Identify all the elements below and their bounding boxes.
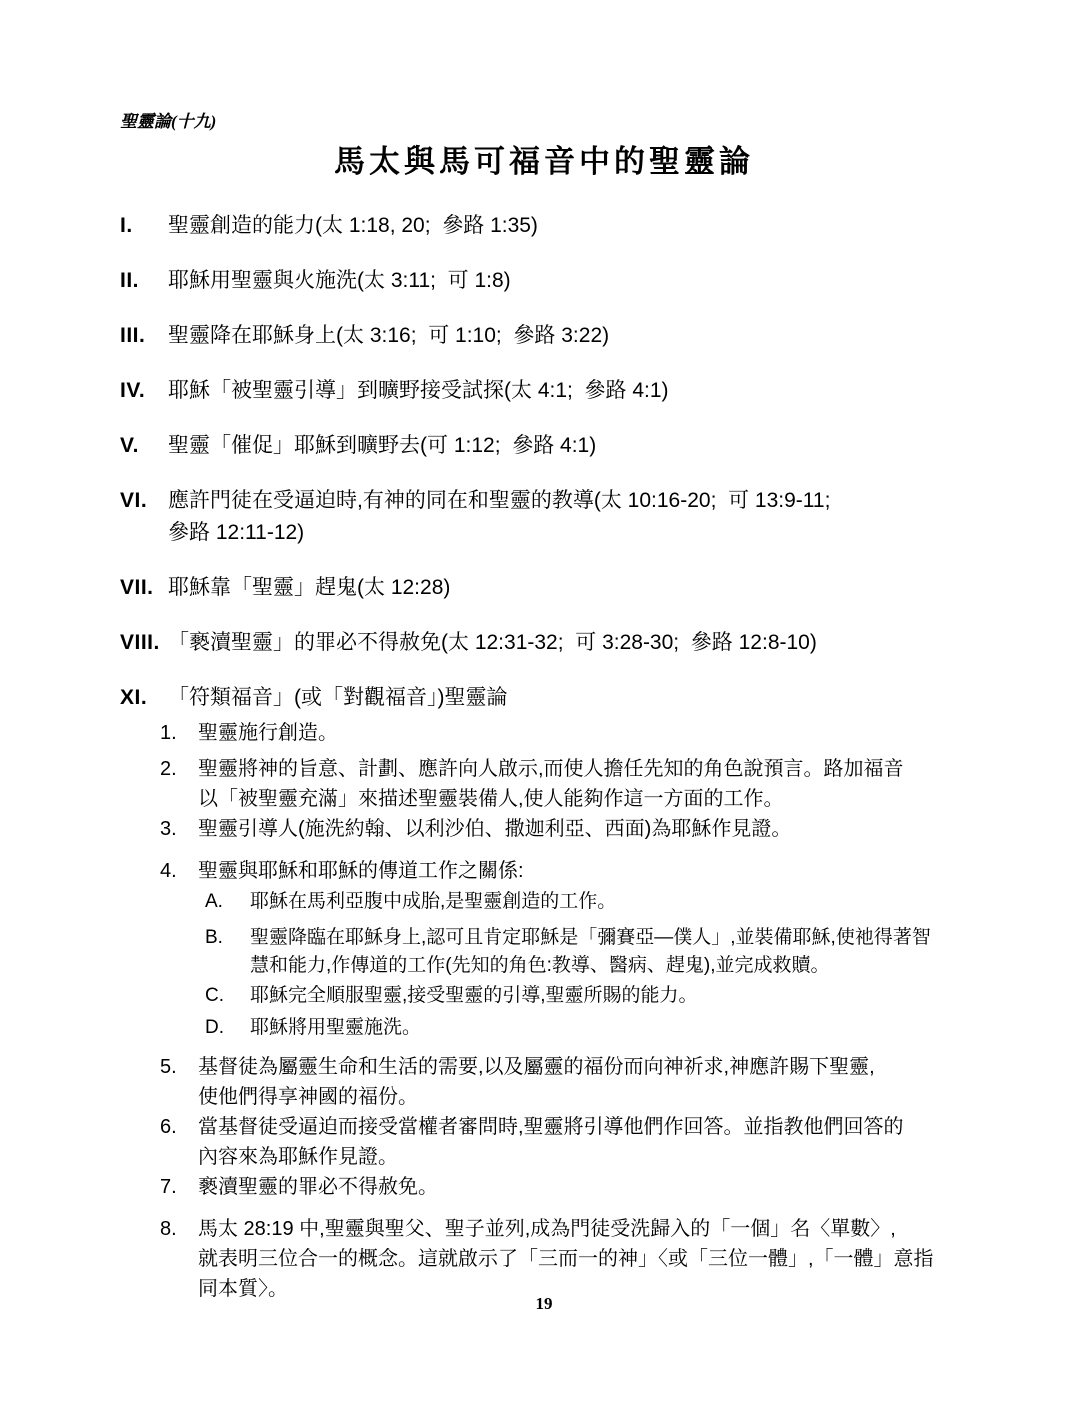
- outline-numeral: II.: [120, 265, 168, 297]
- item-number: 8.: [160, 1214, 198, 1304]
- outline-item: V. 聖靈「催促」耶穌到曠野去(可 1:12; 參路 4:1): [120, 430, 968, 462]
- outline-text: 耶穌「被聖靈引導」到曠野接受試探(太 4:1; 參路 4:1): [168, 375, 968, 407]
- letter-text: 聖靈降臨在耶穌身上,認可且肯定耶穌是「彌賽亞—僕人」,並裝備耶穌,使祂得著智 慧…: [250, 924, 1088, 980]
- letter-label: C.: [205, 982, 250, 1010]
- item-text: 馬太 28:19 中,聖靈與聖父、聖子並列,成為門徒受洗歸入的「一個」名〈單數〉…: [198, 1214, 968, 1304]
- letter-label: D.: [205, 1014, 250, 1042]
- outline-numeral: V.: [120, 430, 168, 462]
- list-item: 4. 聖靈與耶穌和耶穌的傳道工作之關係:: [160, 856, 968, 886]
- outline-item: III. 聖靈降在耶穌身上(太 3:16; 可 1:10; 參路 3:22): [120, 320, 968, 352]
- outline-item: II. 耶穌用聖靈與火施洗(太 3:11; 可 1:8): [120, 265, 968, 297]
- item-text: 聖靈施行創造。: [198, 718, 968, 748]
- letter-item: B. 聖靈降臨在耶穌身上,認可且肯定耶穌是「彌賽亞—僕人」,並裝備耶穌,使祂得著…: [205, 924, 1088, 980]
- page-content: 聖靈論(十九) 馬太與馬可福音中的聖靈論 I. 聖靈創造的能力(太 1:18, …: [0, 0, 1088, 1304]
- item-number: 4.: [160, 856, 198, 886]
- outline-text: 聖靈創造的能力(太 1:18, 20; 參路 1:35): [168, 210, 968, 242]
- page-title: 馬太與馬可福音中的聖靈論: [120, 142, 968, 182]
- item-number: 5.: [160, 1052, 198, 1112]
- outline-item: VII. 耶穌靠「聖靈」趕鬼(太 12:28): [120, 572, 968, 604]
- letter-item: D. 耶穌將用聖靈施洗。: [205, 1014, 1088, 1042]
- item-number: 3.: [160, 814, 198, 844]
- outline-text: 「符類福音」(或「對觀福音」)聖靈論: [168, 682, 968, 714]
- letter-item: C. 耶穌完全順服聖靈,接受聖靈的引導,聖靈所賜的能力。: [205, 982, 1088, 1010]
- outline-text: 應許門徒在受逼迫時,有神的同在和聖靈的教導(太 10:16-20; 可 13:9…: [168, 485, 968, 549]
- list-item: 5. 基督徒為屬靈生命和生活的需要,以及屬靈的福份而向神祈求,神應許賜下聖靈, …: [160, 1052, 968, 1112]
- outline-numeral: VII.: [120, 572, 168, 604]
- letter-item: A. 耶穌在馬利亞腹中成胎,是聖靈創造的工作。: [205, 888, 1088, 916]
- outline-text: 耶穌用聖靈與火施洗(太 3:11; 可 1:8): [168, 265, 968, 297]
- outline-numeral: III.: [120, 320, 168, 352]
- item-text: 褻瀆聖靈的罪必不得赦免。: [198, 1172, 968, 1202]
- list-item: 1. 聖靈施行創造。: [160, 718, 968, 748]
- outline-numeral: XI.: [120, 682, 168, 714]
- outline-item: IV. 耶穌「被聖靈引導」到曠野接受試探(太 4:1; 參路 4:1): [120, 375, 968, 407]
- item-text: 聖靈引導人(施洗約翰、以利沙伯、撒迦利亞、西面)為耶穌作見證。: [198, 814, 968, 844]
- outline-numeral: VI.: [120, 485, 168, 549]
- outline-text: 聖靈「催促」耶穌到曠野去(可 1:12; 參路 4:1): [168, 430, 968, 462]
- item-text: 基督徒為屬靈生命和生活的需要,以及屬靈的福份而向神祈求,神應許賜下聖靈, 使他們…: [198, 1052, 968, 1112]
- outline-item: XI. 「符類福音」(或「對觀福音」)聖靈論: [120, 682, 968, 714]
- outline-text: 耶穌靠「聖靈」趕鬼(太 12:28): [168, 572, 968, 604]
- letter-label: A.: [205, 888, 250, 916]
- item-number: 2.: [160, 754, 198, 814]
- item-text: 當基督徒受逼迫而接受當權者審問時,聖靈將引導他們作回答。並指教他們回答的 內容來…: [198, 1112, 968, 1172]
- document-page: 聖靈論(十九) 馬太與馬可福音中的聖靈論 I. 聖靈創造的能力(太 1:18, …: [0, 0, 1088, 1408]
- outline-text: 「褻瀆聖靈」的罪必不得赦免(太 12:31-32; 可 3:28-30; 參路 …: [168, 627, 968, 659]
- letter-text: 耶穌完全順服聖靈,接受聖靈的引導,聖靈所賜的能力。: [250, 982, 1088, 1010]
- item-number: 7.: [160, 1172, 198, 1202]
- list-item: 3. 聖靈引導人(施洗約翰、以利沙伯、撒迦利亞、西面)為耶穌作見證。: [160, 814, 968, 844]
- outline-text: 聖靈降在耶穌身上(太 3:16; 可 1:10; 參路 3:22): [168, 320, 968, 352]
- sub-list: 1. 聖靈施行創造。 2. 聖靈將神的旨意、計劃、應許向人啟示,而使人擔任先知的…: [160, 718, 968, 1304]
- outline-numeral: I.: [120, 210, 168, 242]
- item-text: 聖靈與耶穌和耶穌的傳道工作之關係:: [198, 856, 968, 886]
- list-item: 6. 當基督徒受逼迫而接受當權者審問時,聖靈將引導他們作回答。並指教他們回答的 …: [160, 1112, 968, 1172]
- doc-header-label: 聖靈論(十九): [120, 112, 968, 132]
- item-number: 6.: [160, 1112, 198, 1172]
- outline-item: VI. 應許門徒在受逼迫時,有神的同在和聖靈的教導(太 10:16-20; 可 …: [120, 485, 968, 549]
- item-number: 1.: [160, 718, 198, 748]
- letter-label: B.: [205, 924, 250, 980]
- outline-item: I. 聖靈創造的能力(太 1:18, 20; 參路 1:35): [120, 210, 968, 242]
- item-text: 聖靈將神的旨意、計劃、應許向人啟示,而使人擔任先知的角色說預言。路加福音 以「被…: [198, 754, 968, 814]
- list-item: 2. 聖靈將神的旨意、計劃、應許向人啟示,而使人擔任先知的角色說預言。路加福音 …: [160, 754, 968, 814]
- outline-list: I. 聖靈創造的能力(太 1:18, 20; 參路 1:35) II. 耶穌用聖…: [120, 210, 968, 714]
- letter-list: A. 耶穌在馬利亞腹中成胎,是聖靈創造的工作。 B. 聖靈降臨在耶穌身上,認可且…: [205, 888, 1088, 1042]
- letter-text: 耶穌將用聖靈施洗。: [250, 1014, 1088, 1042]
- outline-numeral: IV.: [120, 375, 168, 407]
- letter-text: 耶穌在馬利亞腹中成胎,是聖靈創造的工作。: [250, 888, 1088, 916]
- list-item: 7. 褻瀆聖靈的罪必不得赦免。: [160, 1172, 968, 1202]
- page-number: 19: [0, 1294, 1088, 1314]
- outline-numeral: VIII.: [120, 627, 168, 659]
- list-item: 8. 馬太 28:19 中,聖靈與聖父、聖子並列,成為門徒受洗歸入的「一個」名〈…: [160, 1214, 968, 1304]
- outline-item: VIII. 「褻瀆聖靈」的罪必不得赦免(太 12:31-32; 可 3:28-3…: [120, 627, 968, 659]
